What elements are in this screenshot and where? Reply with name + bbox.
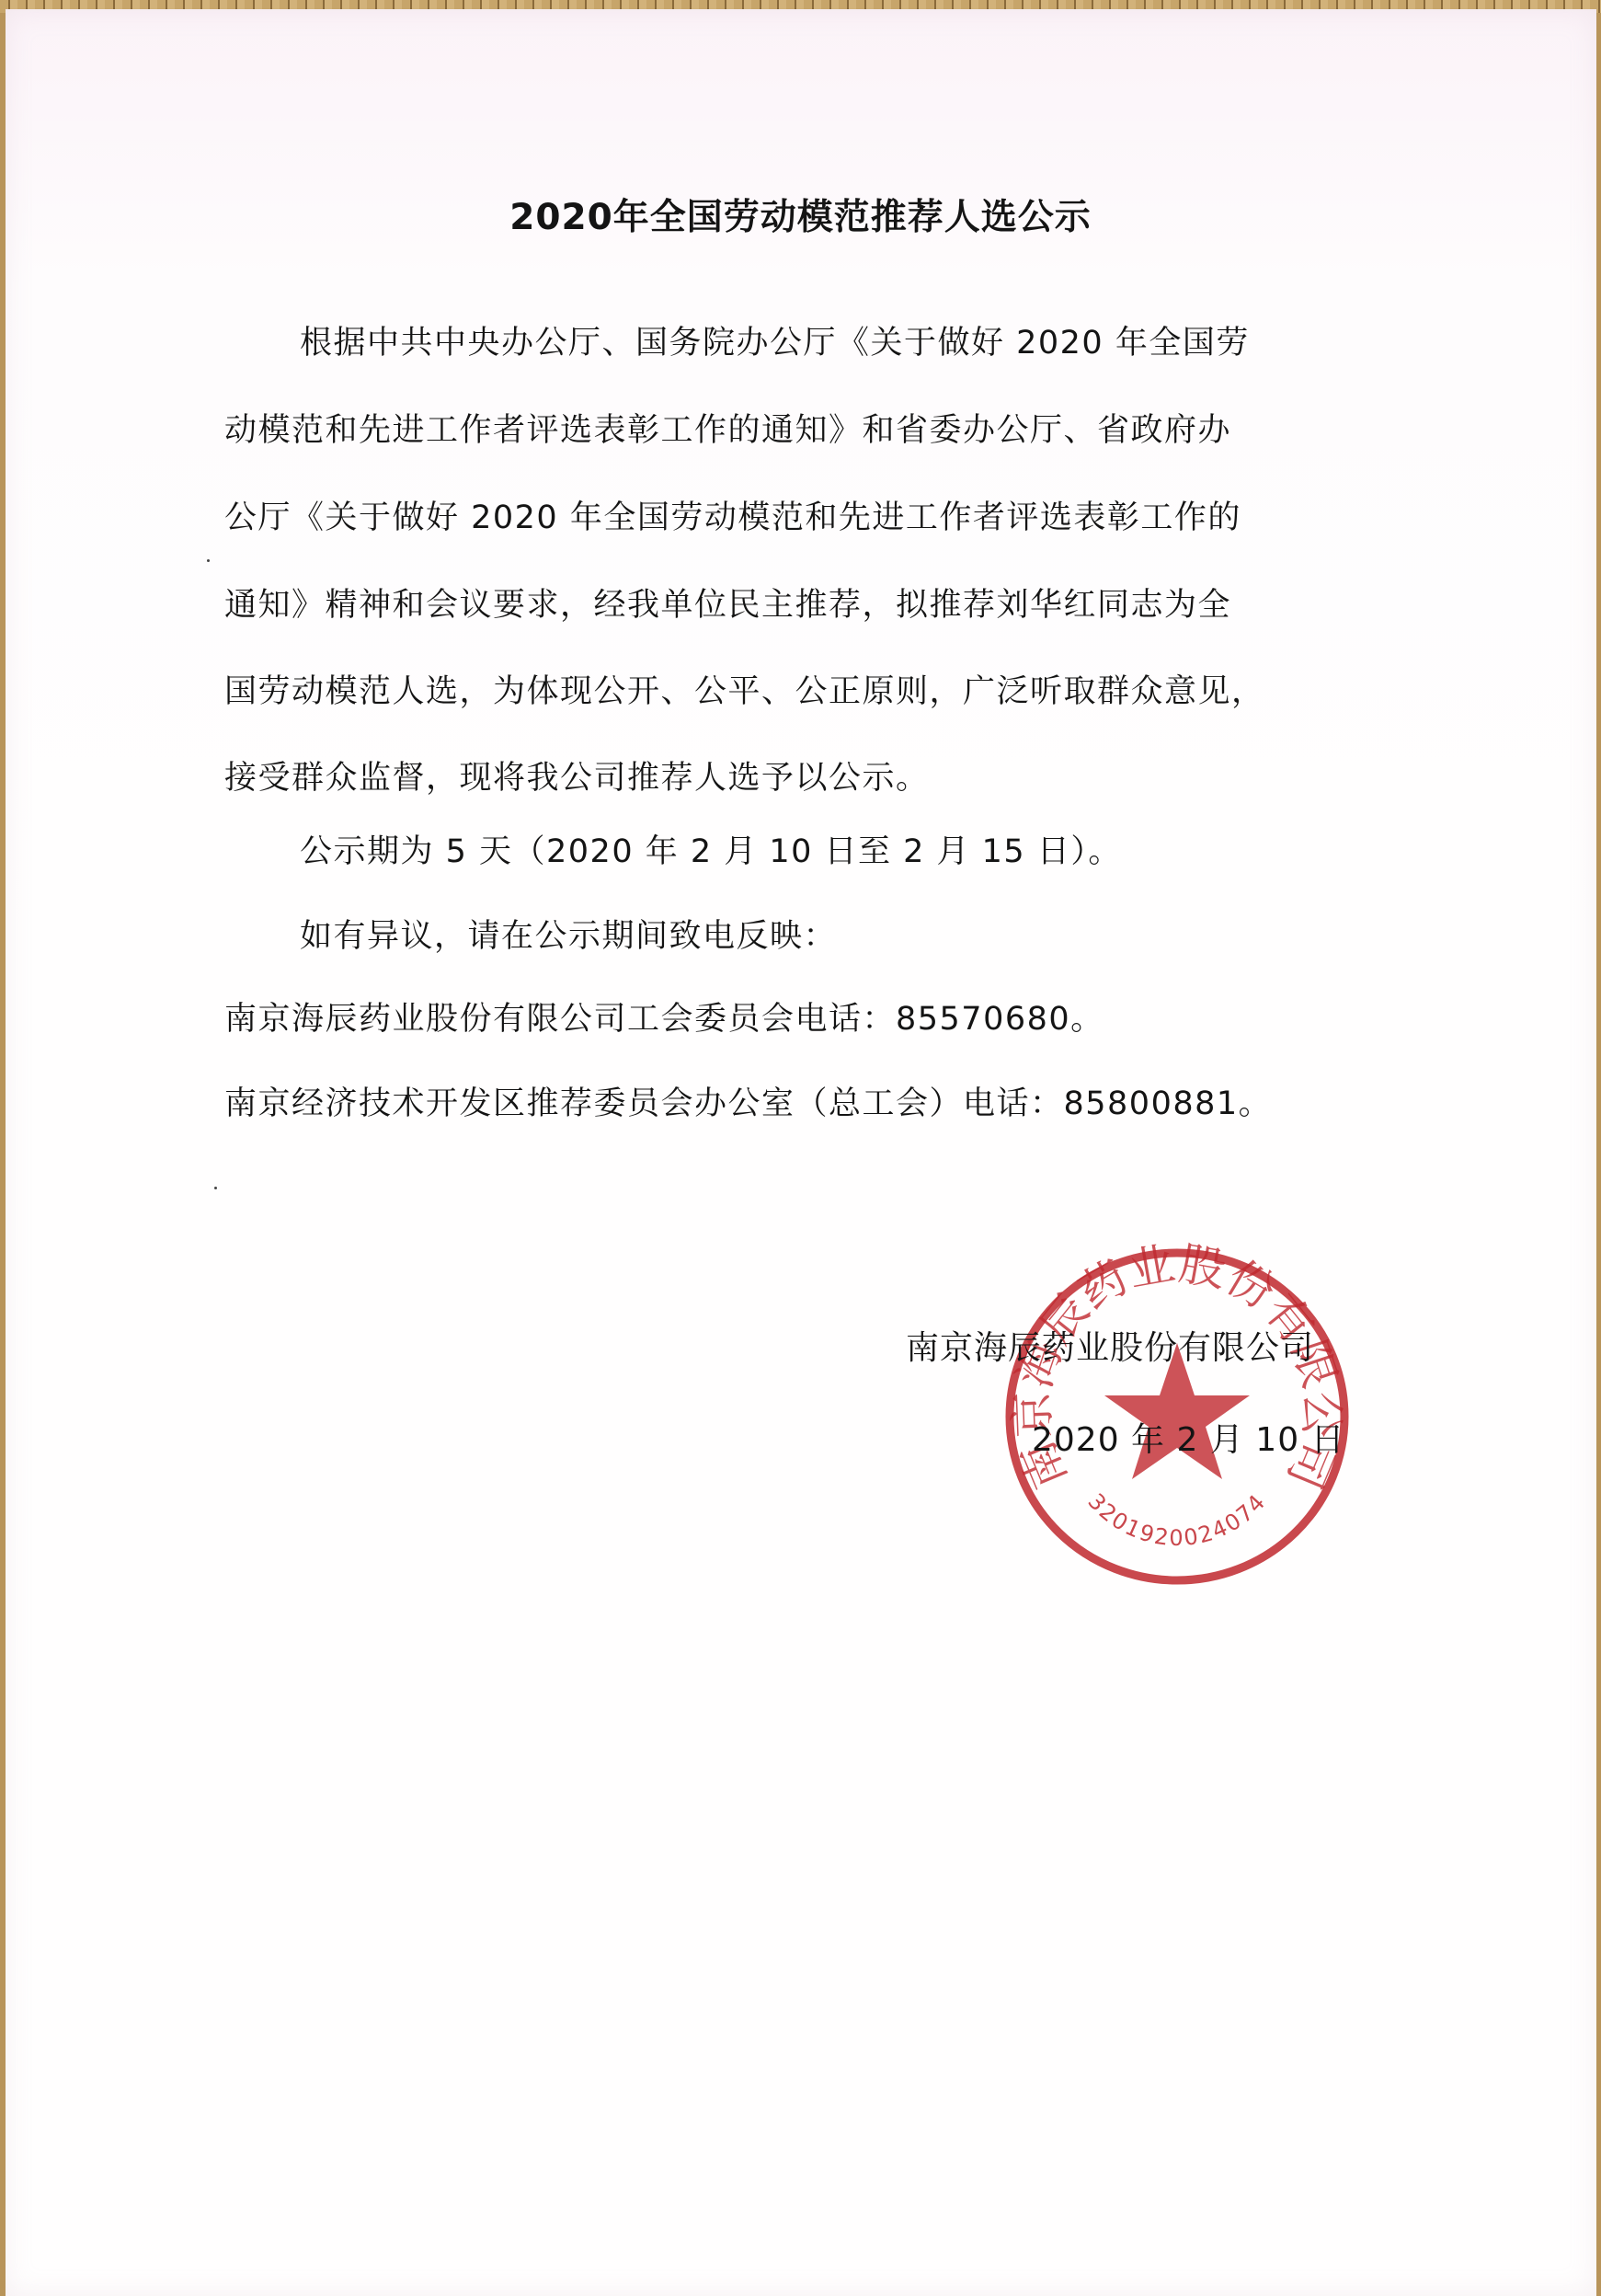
body-line: 接受群众监督，现将我公司推荐人选予以公示。 [224,752,930,798]
signature-date: 2020 年 2 月 10 日 [1032,1414,1345,1461]
contact-committee-phone: 南京经济技术开发区推荐委员会办公室（总工会）电话：85800881。 [224,1078,1272,1124]
document-title: 2020年全国劳动模范推荐人选公示 [0,189,1601,240]
paper-speck [207,559,210,562]
notice-period: 公示期为 5 天（2020 年 2 月 10 日至 2 月 15 日）。 [300,826,1122,872]
body-line: 公厅《关于做好 2020 年全国劳动模范和先进工作者评选表彰工作的 [224,492,1241,538]
body-line: 根据中共中央办公厅、国务院办公厅《关于做好 2020 年全国劳 [300,317,1250,363]
contact-union-phone: 南京海辰药业股份有限公司工会委员会电话：85570680。 [224,993,1104,1039]
paper-speck [214,1187,217,1189]
body-line: 动模范和先进工作者评选表彰工作的通知》和省委办公厅、省政府办 [224,405,1231,451]
signature-company: 南京海辰药业股份有限公司 [906,1322,1314,1369]
body-line: 国劳动模范人选，为体现公开、公平、公正原则，广泛听取群众意见， [224,666,1265,712]
svg-text:3201920024074: 3201920024074 [1082,1488,1271,1551]
objection-instruction: 如有异议，请在公示期间致电反映： [300,911,837,957]
body-line: 通知》精神和会议要求，经我单位民主推荐，拟推荐刘华红同志为全 [224,580,1231,626]
